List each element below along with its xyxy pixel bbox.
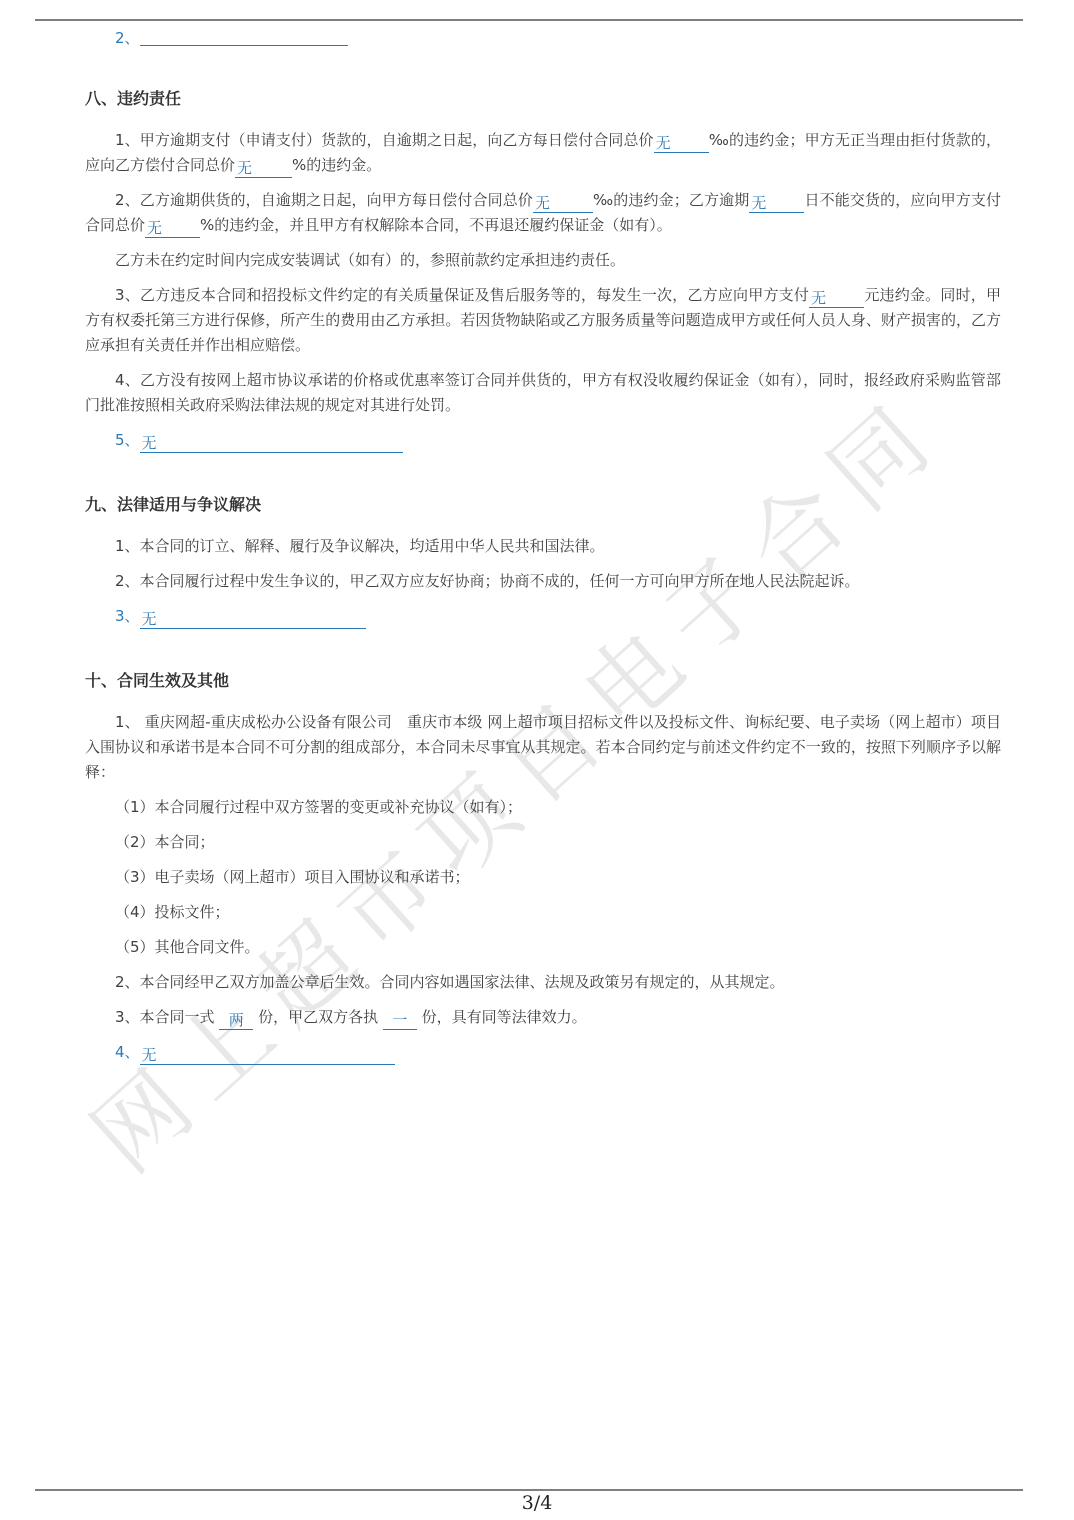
paragraph-text: （2）本合同； [115, 833, 215, 851]
top-rule [35, 19, 1023, 21]
paragraph: （2）本合同； [85, 830, 1001, 855]
paragraph-text: %的违约金。 [292, 156, 381, 174]
paragraph: 4、乙方没有按网上超市协议承诺的价格或优惠率签订合同并供货的，甲方有权没收履约保… [85, 368, 1001, 418]
blank-field: 无 [145, 219, 200, 238]
fill-in-line: 2、 [85, 27, 1001, 47]
paragraph: 1、 重庆网超-重庆成松办公设备有限公司 重庆市本级 网上超市项目招标文件以及投… [85, 710, 1001, 785]
paragraph-text: （1）本合同履行过程中双方签署的变更或补充协议（如有）； [115, 798, 522, 816]
paragraph-text: 4、乙方没有按网上超市协议承诺的价格或优惠率签订合同并供货的，甲方有权没收履约保… [85, 371, 1001, 414]
section-title: 九、法律适用与争议解决 [85, 495, 1001, 515]
item-number: 5、 [115, 431, 140, 449]
paragraph-text: （4）投标文件； [115, 903, 230, 921]
contract-section: 十、合同生效及其他1、 重庆网超-重庆成松办公设备有限公司 重庆市本级 网上超市… [85, 671, 1001, 1065]
paragraph: （3）电子卖场（网上超市）项目入围协议和承诺书； [85, 865, 1001, 890]
blank-field: 无 [533, 194, 593, 213]
paragraph-text: 乙方未在约定时间内完成安装调试（如有）的，参照前款约定承担违约责任。 [115, 251, 625, 269]
blank-field: 无 [235, 159, 292, 178]
section-title: 八、违约责任 [85, 89, 1001, 109]
paragraph: （5）其他合同文件。 [85, 935, 1001, 960]
blank-field: 无 [140, 610, 366, 629]
paragraph-text: 3、乙方违反本合同和招投标文件约定的有关质量保证及售后服务等的，每发生一次，乙方… [115, 286, 809, 304]
paragraph: 3、乙方违反本合同和招投标文件约定的有关质量保证及售后服务等的，每发生一次，乙方… [85, 283, 1001, 358]
paragraph-text: （3）电子卖场（网上超市）项目入围协议和承诺书； [115, 868, 470, 886]
blank-field: 无 [654, 134, 709, 153]
blank-field: 两 [219, 1011, 253, 1030]
item-number: 2、 [115, 29, 140, 47]
fill-in-line: 3、无 [85, 604, 1001, 629]
paragraph-text: 1、 重庆网超-重庆成松办公设备有限公司 重庆市本级 网上超市项目招标文件以及投… [85, 713, 1001, 781]
blank-field: 无 [140, 434, 403, 453]
paragraph-text: ‰的违约金；乙方逾期 [593, 191, 749, 209]
paragraph: 3、本合同一式 两 份，甲乙双方各执 一 份，具有同等法律效力。 [85, 1005, 1001, 1030]
fill-in-line: 5、无 [85, 428, 1001, 453]
blank-field: 一 [383, 1011, 417, 1030]
footer-rule [35, 1489, 1023, 1491]
paragraph-text: 1、本合同的订立、解释、履行及争议解决，均适用中华人民共和国法律。 [115, 537, 605, 555]
paragraph-text: 3、本合同一式 [115, 1008, 219, 1026]
paragraph: 1、甲方逾期支付（申请支付）货款的，自逾期之日起，向乙方每日偿付合同总价无‰的违… [85, 128, 1001, 178]
section-title: 十、合同生效及其他 [85, 671, 1001, 691]
paragraph: （1）本合同履行过程中双方签署的变更或补充协议（如有）； [85, 795, 1001, 820]
blank-field: 无 [809, 289, 864, 308]
fill-in-line: 4、无 [85, 1040, 1001, 1065]
blank-field: 无 [749, 194, 804, 213]
item-number: 4、 [115, 1043, 140, 1061]
paragraph-text: %的违约金，并且甲方有权解除本合同，不再退还履约保证金（如有）。 [200, 216, 672, 234]
paragraph: 乙方未在约定时间内完成安装调试（如有）的，参照前款约定承担违约责任。 [85, 248, 1001, 273]
paragraph: 2、本合同经甲乙双方加盖公章后生效。合同内容如遇国家法律、法规及政策另有规定的，… [85, 970, 1001, 995]
blank-field [140, 27, 348, 46]
blank-field: 无 [140, 1046, 395, 1065]
paragraph: 2、乙方逾期供货的，自逾期之日起，向甲方每日偿付合同总价无‰的违约金；乙方逾期无… [85, 188, 1001, 238]
page-number: 3/4 [0, 1492, 1074, 1514]
contract-section: 九、法律适用与争议解决1、本合同的订立、解释、履行及争议解决，均适用中华人民共和… [85, 495, 1001, 629]
contract-body: 2、八、违约责任1、甲方逾期支付（申请支付）货款的，自逾期之日起，向乙方每日偿付… [85, 27, 1001, 1075]
paragraph-text: 份，甲乙双方各执 [253, 1008, 383, 1026]
paragraph-text: 2、本合同经甲乙双方加盖公章后生效。合同内容如遇国家法律、法规及政策另有规定的，… [115, 973, 785, 991]
paragraph-text: 2、乙方逾期供货的，自逾期之日起，向甲方每日偿付合同总价 [115, 191, 533, 209]
item-number: 3、 [115, 607, 140, 625]
paragraph-text: 1、甲方逾期支付（申请支付）货款的，自逾期之日起，向乙方每日偿付合同总价 [115, 131, 654, 149]
contract-section: 八、违约责任1、甲方逾期支付（申请支付）货款的，自逾期之日起，向乙方每日偿付合同… [85, 89, 1001, 453]
contract-page: 网上超市项目电子合同 2、八、违约责任1、甲方逾期支付（申请支付）货款的，自逾期… [0, 0, 1074, 1520]
paragraph-text: 份，具有同等法律效力。 [417, 1008, 587, 1026]
paragraph: 2、本合同履行过程中发生争议的，甲乙双方应友好协商；协商不成的，任何一方可向甲方… [85, 569, 1001, 594]
paragraph: 1、本合同的订立、解释、履行及争议解决，均适用中华人民共和国法律。 [85, 534, 1001, 559]
paragraph-text: （5）其他合同文件。 [115, 938, 260, 956]
paragraph-text: 2、本合同履行过程中发生争议的，甲乙双方应友好协商；协商不成的，任何一方可向甲方… [115, 572, 860, 590]
paragraph: （4）投标文件； [85, 900, 1001, 925]
